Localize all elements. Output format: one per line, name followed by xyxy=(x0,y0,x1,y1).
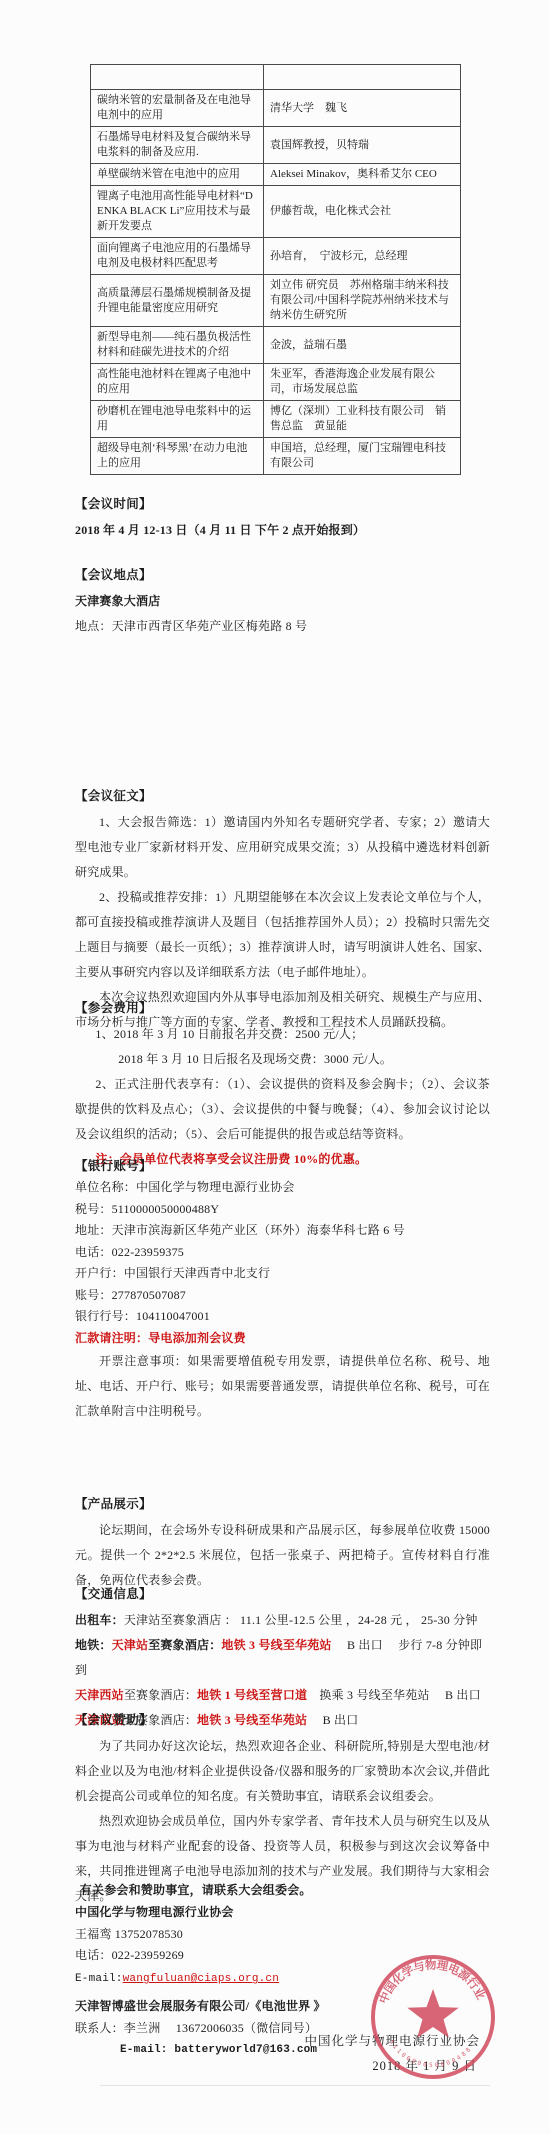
table-cell: 单壁碳纳米管在电池中的应用 xyxy=(91,164,264,186)
paragraph: 1、大会报告筛选：1）邀请国内外知名专题研究学者、专家；2）邀请大型电池专业厂家… xyxy=(75,810,490,885)
contact-phone-1: 电话：022-23959269 xyxy=(75,1945,490,1967)
table-cell: 石墨烯导电材料及复合碳纳米导电浆料的制备及应用. xyxy=(91,127,264,164)
table-cell: 超级导电剂‘科琴黑’在动力电池上的应用 xyxy=(91,438,264,475)
table-cell: 申国培，总经理，厦门宝瑞锂电科技有限公司 xyxy=(264,438,461,475)
contact-email-1-row: E-mail:wangfuluan@ciaps.org.cn xyxy=(75,1967,490,1991)
fee-early: 1、2018 年 3 月 10 日前报名并交费：2500 元/人； xyxy=(75,1022,490,1047)
bank-remit-note: 汇款请注明：导电添加剂会议费 xyxy=(75,1328,490,1350)
venue-hotel: 天津赛象大酒店 xyxy=(75,589,490,614)
table-cell: 刘立伟 研究员 苏州格瑞丰纳米科技有限公司/中国科学院苏州纳米技术与纳米仿生研究… xyxy=(264,275,461,327)
section-product-exhibition: 【产品展示】 论坛期间，在会场外专设科研成果和产品展示区，每参展单位收费 150… xyxy=(75,1494,490,1593)
list-item: 地址：天津市滨海新区华苑产业区（环外）海泰华科七路 6 号 xyxy=(75,1220,490,1242)
traffic-segment: 至赛象酒店： xyxy=(148,1638,221,1652)
list-item: 税号：5110000050000488Y xyxy=(75,1199,490,1221)
traffic-line: 天津西站至赛象酒店：地铁 1 号线至营口道 换乘 3 号线至华苑站 B 出口 xyxy=(75,1683,490,1708)
bank-heading: 【银行账号】 xyxy=(75,1156,490,1174)
meeting-venue-heading: 【会议地点】 xyxy=(75,565,490,583)
signature-date: 2018 年 1 月 9 日 xyxy=(372,2056,477,2074)
exhibition-paragraph: 论坛期间，在会场外专设科研成果和产品展示区，每参展单位收费 15000 元。提供… xyxy=(75,1518,490,1593)
traffic-segment: 换乘 3 号线至华苑站 B 出口 xyxy=(307,1688,481,1702)
table-row: 超级导电剂‘科琴黑’在动力电池上的应用申国培，总经理，厦门宝瑞锂电科技有限公司 xyxy=(91,438,461,475)
table-cell xyxy=(91,65,264,90)
section-fees: 【参会费用】 1、2018 年 3 月 10 日前报名并交费：2500 元/人；… xyxy=(75,998,490,1172)
paragraph: 2、投稿或推荐安排：1）凡期望能够在本次会议上发表论文单位与个人，都可直接投稿或… xyxy=(75,885,490,985)
traffic-segment: 天津站 xyxy=(112,1638,149,1652)
section-meeting-venue: 【会议地点】 天津赛象大酒店 地点：天津市西青区华苑产业区梅苑路 8 号 xyxy=(75,565,490,639)
venue-address: 地点：天津市西青区华苑产业区梅苑路 8 号 xyxy=(75,614,490,639)
table-row: 碳纳米管的宏量制备及在电池导电剂中的应用清华大学 魏飞 xyxy=(91,90,461,127)
call-for-papers-heading: 【会议征文】 xyxy=(75,786,490,804)
fee-benefits: 2、正式注册代表享有：（1）、会议提供的资料及参会胸卡；（2）、会议茶歇提供的饮… xyxy=(75,1072,490,1147)
table-row xyxy=(91,65,461,90)
list-item: 账号：277870507087 xyxy=(75,1285,490,1307)
contact-intro: 有关参会和赞助事宜，请联系大会组委会。 xyxy=(75,1880,490,1902)
table-cell: 博亿（深圳）工业科技有限公司 销售总监 黄显能 xyxy=(264,401,461,438)
signature-org: 中国化学与物理电源行业协会 xyxy=(304,2031,480,2049)
traffic-segment: 天津站至赛象酒店 ： 11.1 公里-12.5 公里 ，24-28 元 ， 25… xyxy=(124,1613,478,1627)
table-cell: 金波，益瑞石墨 xyxy=(264,327,461,364)
traffic-segment: 出租车： xyxy=(75,1613,124,1627)
section-bank-account: 【银行账号】 单位名称：中国化学与物理电源行业协会税号：511000005000… xyxy=(75,1156,490,1424)
paragraph: 为了共同办好这次论坛，热烈欢迎各企业、科研院所,特别是大型电池/材料企业以及为电… xyxy=(75,1734,490,1809)
table-row: 面向锂离子电池应用的石墨烯导电剂及电极材料匹配思考孙培育， 宁波杉元，总经理 xyxy=(91,238,461,275)
contact-person-1: 王福鸾 13752078530 xyxy=(75,1924,490,1946)
table-cell: 高质量薄层石墨烯规模制备及提升锂电能量密度应用研究 xyxy=(91,275,264,327)
list-item: 银行行号：104110047001 xyxy=(75,1306,490,1328)
meeting-time-value: 2018 年 4 月 12-13 日（4 月 11 日 下午 2 点开始报到） xyxy=(75,518,490,543)
table-cell: 锂离子电池用高性能导电材料“DENKA BLACK Li”应用技术与最新开发要点 xyxy=(91,186,264,238)
traffic-heading: 【交通信息】 xyxy=(75,1584,490,1602)
email-link[interactable]: wangfuluan@ciaps.org.cn xyxy=(123,1973,279,1985)
traffic-segment: 地铁 1 号线至营口道 xyxy=(197,1688,307,1702)
meeting-time-heading: 【会议时间】 xyxy=(75,494,490,512)
table-row: 石墨烯导电材料及复合碳纳米导电浆料的制备及应用.袁国辉教授，贝特瑞 xyxy=(91,127,461,164)
table-cell: 碳纳米管的宏量制备及在电池导电剂中的应用 xyxy=(91,90,264,127)
fee-late: 2018 年 3 月 10 日后报名及现场交费：3000 元/人。 xyxy=(75,1047,490,1072)
table-cell: 朱亚军，香港海逸企业发展有限公司，市场发展总监 xyxy=(264,364,461,401)
table-cell: Aleksei Minakov，奥科希艾尔 CEO xyxy=(264,164,461,186)
table-row: 高质量薄层石墨烯规模制备及提升锂电能量密度应用研究刘立伟 研究员 苏州格瑞丰纳米… xyxy=(91,275,461,327)
table-cell: 清华大学 魏飞 xyxy=(264,90,461,127)
list-item: 电话：022-23959375 xyxy=(75,1242,490,1264)
table-row: 锂离子电池用高性能导电材料“DENKA BLACK Li”应用技术与最新开发要点… xyxy=(91,186,461,238)
section-meeting-time: 【会议时间】 2018 年 4 月 12-13 日（4 月 11 日 下午 2 … xyxy=(75,494,490,543)
page-bottom-edge xyxy=(100,2085,490,2086)
fees-heading: 【参会费用】 xyxy=(75,998,490,1016)
table-cell xyxy=(264,65,461,90)
table-cell: 袁国辉教授，贝特瑞 xyxy=(264,127,461,164)
traffic-segment: 至赛象酒店： xyxy=(124,1688,197,1702)
program-table-container: 碳纳米管的宏量制备及在电池导电剂中的应用清华大学 魏飞石墨烯导电材料及复合碳纳米… xyxy=(90,64,461,475)
traffic-segment: 地铁 3 号线至华苑站 xyxy=(221,1638,331,1652)
table-cell: 新型导电剂——纯石墨负极活性材料和硅碳先进技术的介绍 xyxy=(91,327,264,364)
program-table: 碳纳米管的宏量制备及在电池导电剂中的应用清华大学 魏飞石墨烯导电材料及复合碳纳米… xyxy=(90,64,461,475)
bank-lines: 单位名称：中国化学与物理电源行业协会税号：5110000050000488Y地址… xyxy=(75,1177,490,1328)
table-row: 新型导电剂——纯石墨负极活性材料和硅碳先进技术的介绍金波，益瑞石墨 xyxy=(91,327,461,364)
traffic-segment: 天津西站 xyxy=(75,1688,124,1702)
table-row: 砂磨机在锂电池导电浆料中的运用博亿（深圳）工业科技有限公司 销售总监 黄显能 xyxy=(91,401,461,438)
list-item: 单位名称：中国化学与物理电源行业协会 xyxy=(75,1177,490,1199)
contact-org-1: 中国化学与物理电源行业协会 xyxy=(75,1902,490,1924)
email-label: E-mail: xyxy=(75,1973,123,1985)
contact-org-2: 天津智博盛世会展服务有限公司/《电池世界 》 xyxy=(75,1996,490,2018)
bank-invoice-note: 开票注意事项：如果需要增值税专用发票，请提供单位名称、税号、地址、电话、开户行、… xyxy=(75,1349,490,1424)
traffic-line: 地铁：天津站至赛象酒店：地铁 3 号线至华苑站 B 出口 步行 7-8 分钟即到 xyxy=(75,1633,490,1683)
list-item: 开户行：中国银行天津西青中北支行 xyxy=(75,1263,490,1285)
exhibition-heading: 【产品展示】 xyxy=(75,1494,490,1512)
table-cell: 高性能电池材料在锂离子电池中的应用 xyxy=(91,364,264,401)
program-table-body: 碳纳米管的宏量制备及在电池导电剂中的应用清华大学 魏飞石墨烯导电材料及复合碳纳米… xyxy=(91,65,461,475)
table-cell: 面向锂离子电池应用的石墨烯导电剂及电极材料匹配思考 xyxy=(91,238,264,275)
table-row: 单壁碳纳米管在电池中的应用Aleksei Minakov，奥科希艾尔 CEO xyxy=(91,164,461,186)
sponsorship-heading: 【会议赞助】 xyxy=(75,1710,490,1728)
table-row: 高性能电池材料在锂离子电池中的应用朱亚军，香港海逸企业发展有限公司，市场发展总监 xyxy=(91,364,461,401)
traffic-segment: 地铁： xyxy=(75,1638,112,1652)
table-cell: 伊藤哲哉，电化株式会社 xyxy=(264,186,461,238)
table-cell: 砂磨机在锂电池导电浆料中的运用 xyxy=(91,401,264,438)
table-cell: 孙培育， 宁波杉元，总经理 xyxy=(264,238,461,275)
traffic-line: 出租车：天津站至赛象酒店 ： 11.1 公里-12.5 公里 ，24-28 元 … xyxy=(75,1608,490,1633)
